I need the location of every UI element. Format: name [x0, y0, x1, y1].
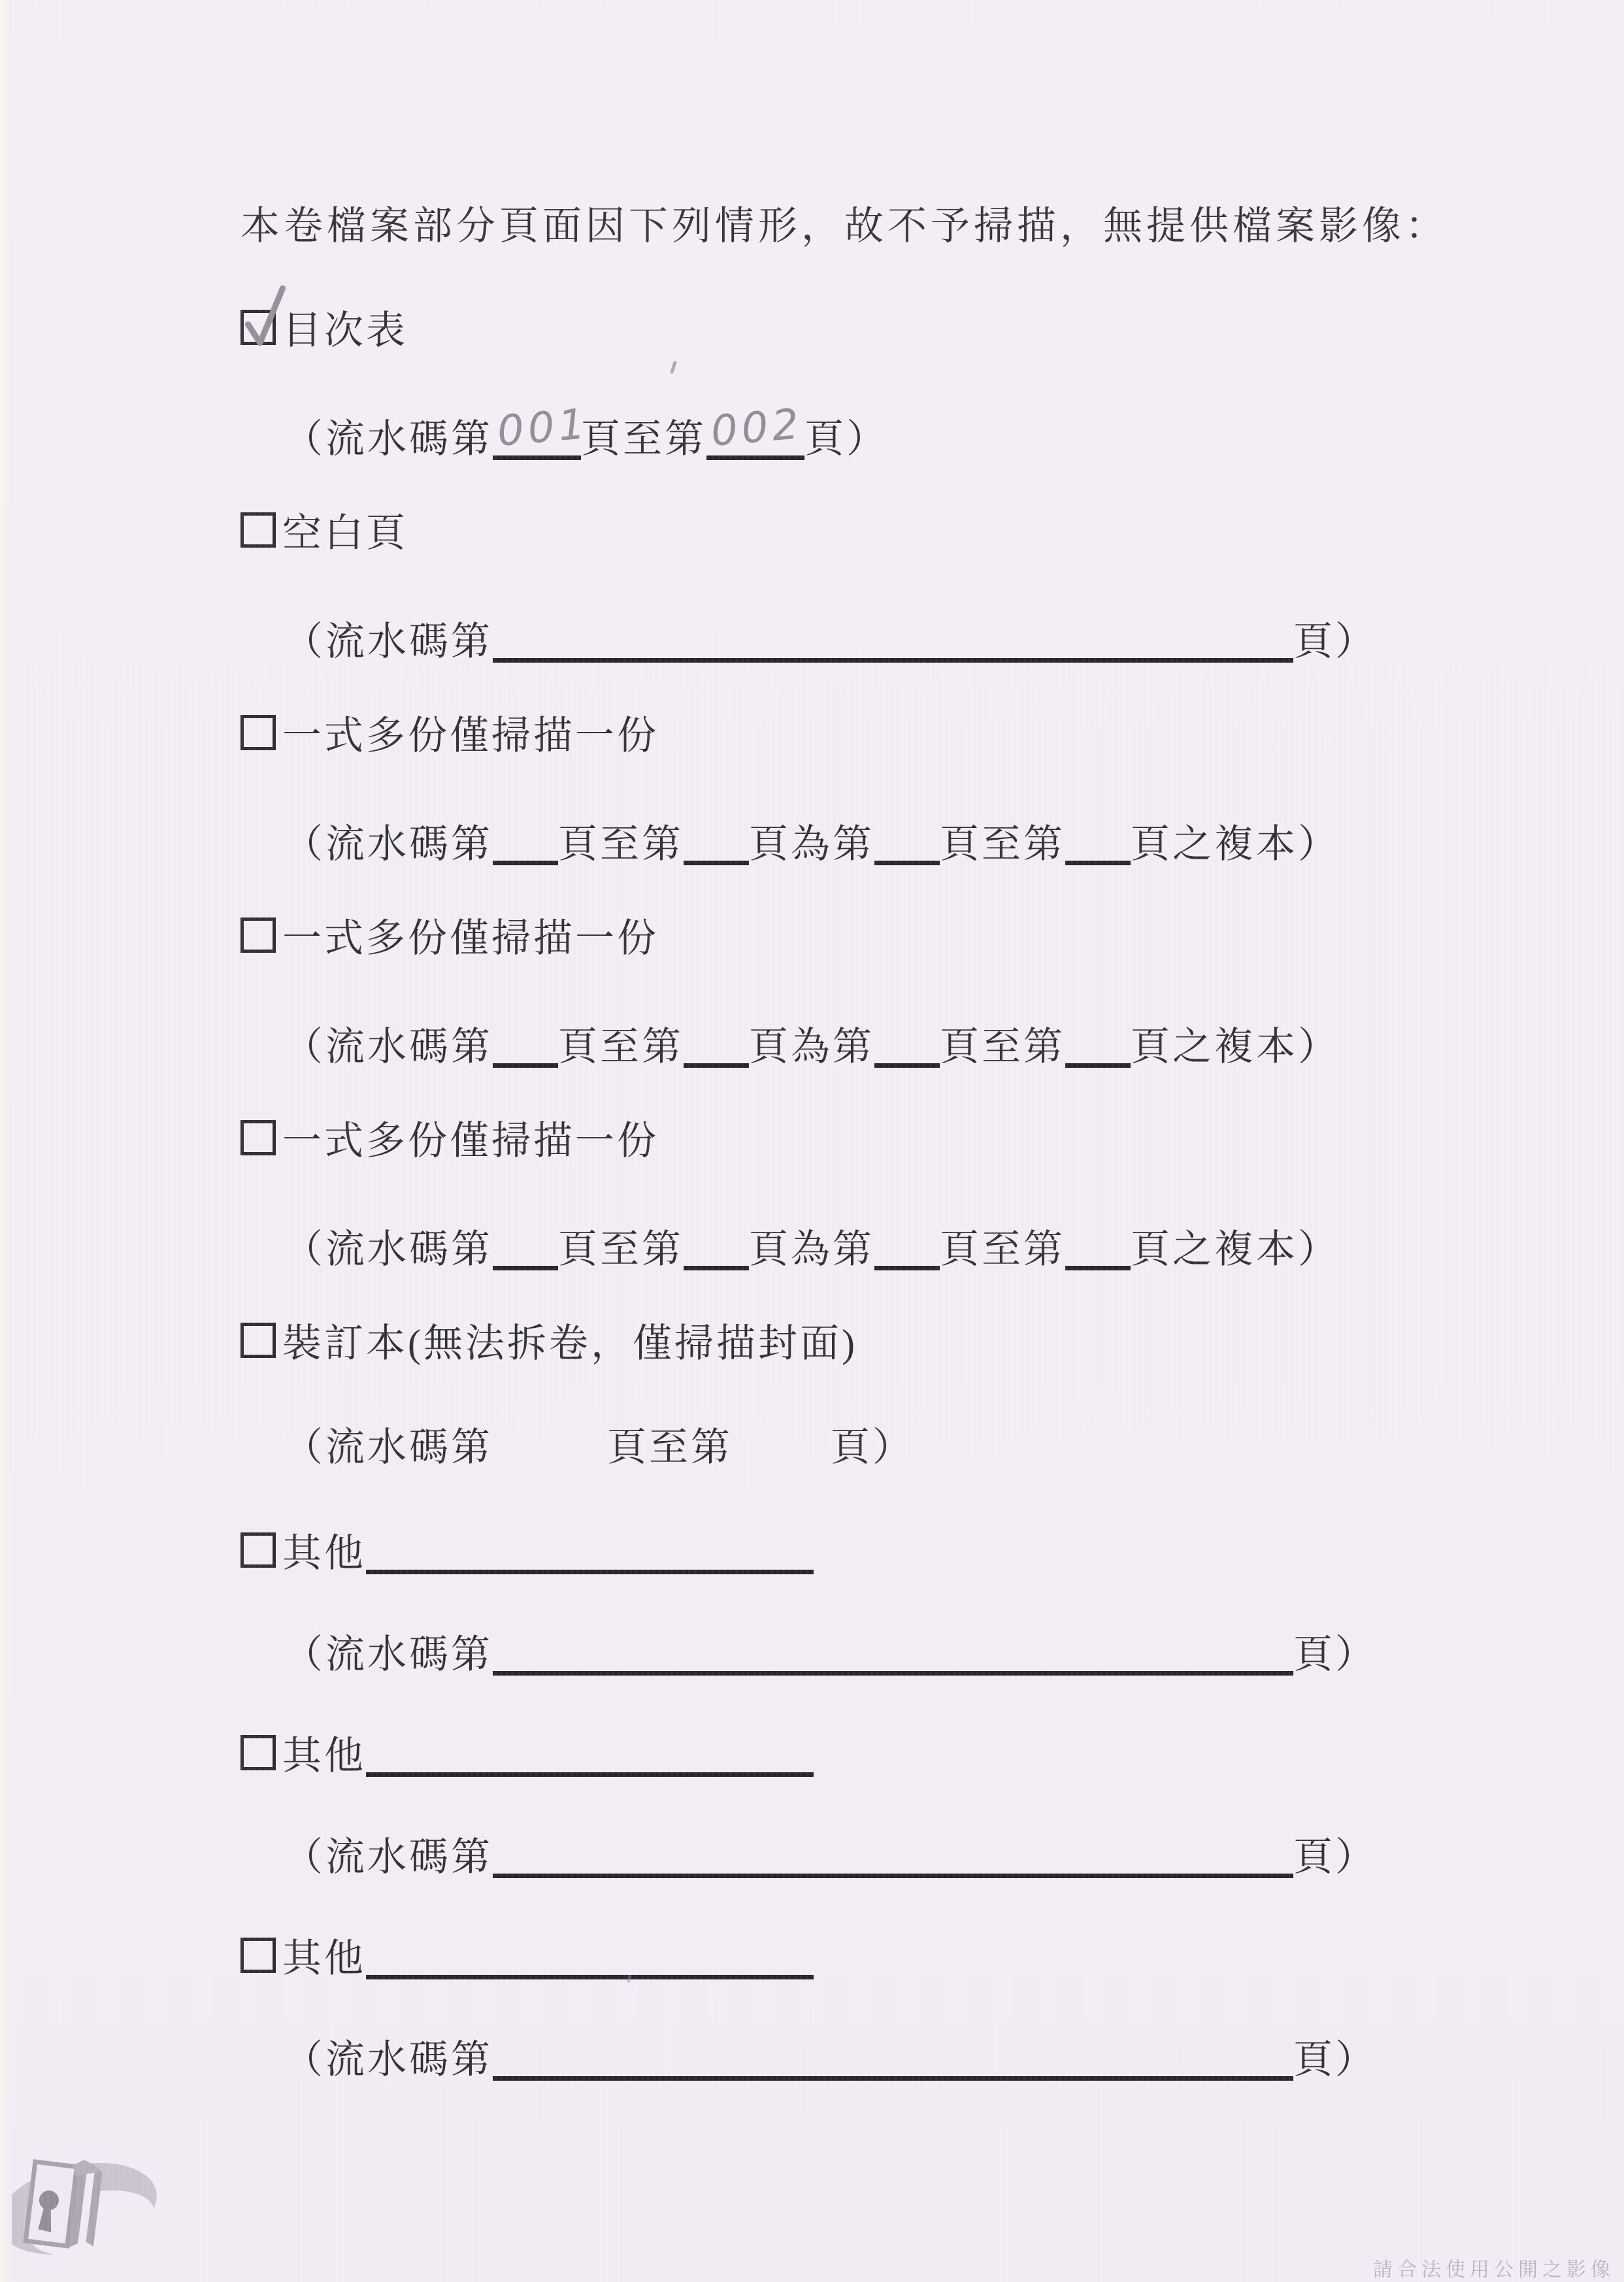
checkbox-toc[interactable] [240, 310, 276, 345]
serial-blank[interactable] [1065, 1227, 1131, 1270]
option-label: 其他 [282, 1734, 366, 1778]
serial-blank[interactable] [1065, 1024, 1131, 1068]
checkbox-duplicate-1[interactable] [240, 715, 276, 750]
serial-blank[interactable] [493, 1024, 558, 1068]
option-row-other-3: 其他 [240, 1928, 814, 1982]
serial-text: 頁） [831, 1426, 914, 1469]
serial-text: 頁為第 [749, 1025, 874, 1068]
other-description-blank[interactable] [366, 1530, 814, 1574]
serial-text: 頁） [804, 418, 888, 461]
checkbox-duplicate-2[interactable] [240, 918, 276, 953]
serial-blank[interactable] [874, 1024, 940, 1068]
other-description-blank[interactable] [366, 1733, 814, 1777]
option-row-bound-volume: 裝訂本(無法拆卷，僅掃描封面) [240, 1320, 857, 1367]
option-label: 空白頁 [282, 512, 408, 555]
pencil-checkmark-icon [241, 283, 288, 350]
checkbox-duplicate-3[interactable] [240, 1120, 276, 1155]
archives-book-keyhole-logo-icon [0, 2146, 183, 2274]
serial-blank[interactable] [493, 1632, 1293, 1676]
serial-blank[interactable] [684, 1024, 749, 1068]
serial-blank[interactable] [493, 2037, 1293, 2081]
other-description-blank[interactable] [366, 1936, 814, 1979]
serial-text: 頁至第 [581, 418, 706, 461]
serial-text: 頁） [1293, 2038, 1377, 2081]
serial-text: 頁為第 [749, 823, 874, 866]
serial-text: 頁為第 [749, 1228, 874, 1271]
serial-text: （流水碼第 [284, 1228, 493, 1271]
serial-text: 頁至第 [558, 823, 684, 866]
serial-text: 頁至第 [940, 823, 1065, 866]
serial-text: 頁之複本） [1131, 1228, 1340, 1271]
serial-blank[interactable] [684, 1227, 749, 1270]
serial-row-duplicate-3: （流水碼第頁至第頁為第頁至第頁之複本） [284, 1219, 1340, 1273]
serial-text: 頁） [1293, 1836, 1377, 1879]
option-row-blank-pages: 空白頁 [240, 510, 408, 557]
scanned-form-page: 本卷檔案部分頁面因下列情形，故不予掃描，無提供檔案影像： 目次表 （流水碼第00… [0, 0, 1624, 2282]
serial-row-toc: （流水碼第001頁至第002頁） [284, 408, 888, 463]
serial-blank[interactable] [874, 821, 940, 865]
serial-text: 頁之複本） [1131, 1025, 1340, 1068]
handwritten-from-page: 001 [495, 403, 590, 453]
option-label: 一式多份僅掃描一份 [282, 1119, 659, 1163]
handwritten-to-page: 002 [709, 403, 804, 453]
serial-gap [733, 1421, 831, 1461]
serial-text: 頁） [1293, 1633, 1377, 1676]
checkbox-bound-volume[interactable] [240, 1323, 276, 1358]
serial-row-other-3: （流水碼第頁） [284, 2029, 1377, 2083]
serial-text: 頁至第 [940, 1025, 1065, 1068]
checkbox-other-3[interactable] [240, 1938, 276, 1973]
serial-text: （流水碼第 [284, 1025, 493, 1068]
checkbox-other-2[interactable] [240, 1735, 276, 1770]
option-row-other-2: 其他 [240, 1725, 814, 1779]
serial-gap [493, 1421, 607, 1461]
serial-blank[interactable] [493, 1834, 1293, 1878]
usage-watermark-text: 請合法使用公開之影像 [1373, 2253, 1615, 2282]
option-row-duplicate-3: 一式多份僅掃描一份 [240, 1117, 659, 1165]
option-label: 一式多份僅掃描一份 [282, 917, 659, 960]
serial-text: 頁） [1293, 620, 1377, 663]
option-label: 一式多份僅掃描一份 [282, 714, 659, 757]
pencil-speck [670, 361, 677, 374]
serial-blank[interactable] [493, 1227, 558, 1270]
serial-text: （流水碼第 [284, 418, 493, 461]
option-label: 其他 [282, 1937, 366, 1980]
serial-text: （流水碼第 [284, 1836, 493, 1879]
serial-text: （流水碼第 [284, 620, 493, 663]
option-row-duplicate-2: 一式多份僅掃描一份 [240, 915, 659, 962]
option-row-duplicate-1: 一式多份僅掃描一份 [240, 712, 659, 759]
serial-row-blank-pages: （流水碼第頁） [284, 611, 1377, 665]
serial-blank-from[interactable]: 001 [493, 416, 581, 460]
serial-text: （流水碼第 [284, 1426, 493, 1469]
option-label: 裝訂本(無法拆卷，僅掃描封面) [282, 1322, 857, 1365]
serial-text: 頁至第 [558, 1025, 684, 1068]
option-row-toc: 目次表 [240, 307, 408, 354]
serial-blank[interactable] [493, 821, 558, 865]
serial-blank[interactable] [684, 821, 749, 865]
form-title: 本卷檔案部分頁面因下列情形，故不予掃描，無提供檔案影像： [240, 204, 1448, 249]
option-label: 目次表 [282, 309, 408, 352]
serial-text: （流水碼第 [284, 1633, 493, 1676]
checkbox-other-1[interactable] [240, 1532, 276, 1568]
serial-text: （流水碼第 [284, 823, 493, 866]
serial-text: 頁之複本） [1131, 823, 1340, 866]
serial-blank[interactable] [493, 619, 1293, 663]
serial-text: 頁至第 [940, 1228, 1065, 1271]
serial-row-other-1: （流水碼第頁） [284, 1624, 1377, 1678]
serial-row-duplicate-1: （流水碼第頁至第頁為第頁至第頁之複本） [284, 814, 1340, 868]
serial-text: 頁至第 [558, 1228, 684, 1271]
option-label: 其他 [282, 1532, 366, 1575]
serial-text: （流水碼第 [284, 2038, 493, 2081]
serial-blank[interactable] [1065, 821, 1131, 865]
option-row-other-1: 其他 [240, 1523, 814, 1577]
serial-row-duplicate-2: （流水碼第頁至第頁為第頁至第頁之複本） [284, 1016, 1340, 1070]
checkbox-blank-pages[interactable] [240, 512, 276, 548]
serial-blank[interactable] [874, 1227, 940, 1270]
serial-text: 頁至第 [607, 1426, 733, 1469]
serial-row-other-2: （流水碼第頁） [284, 1827, 1377, 1881]
serial-blank-to[interactable]: 002 [706, 416, 804, 460]
serial-row-bound-volume: （流水碼第頁至第頁） [284, 1421, 914, 1471]
